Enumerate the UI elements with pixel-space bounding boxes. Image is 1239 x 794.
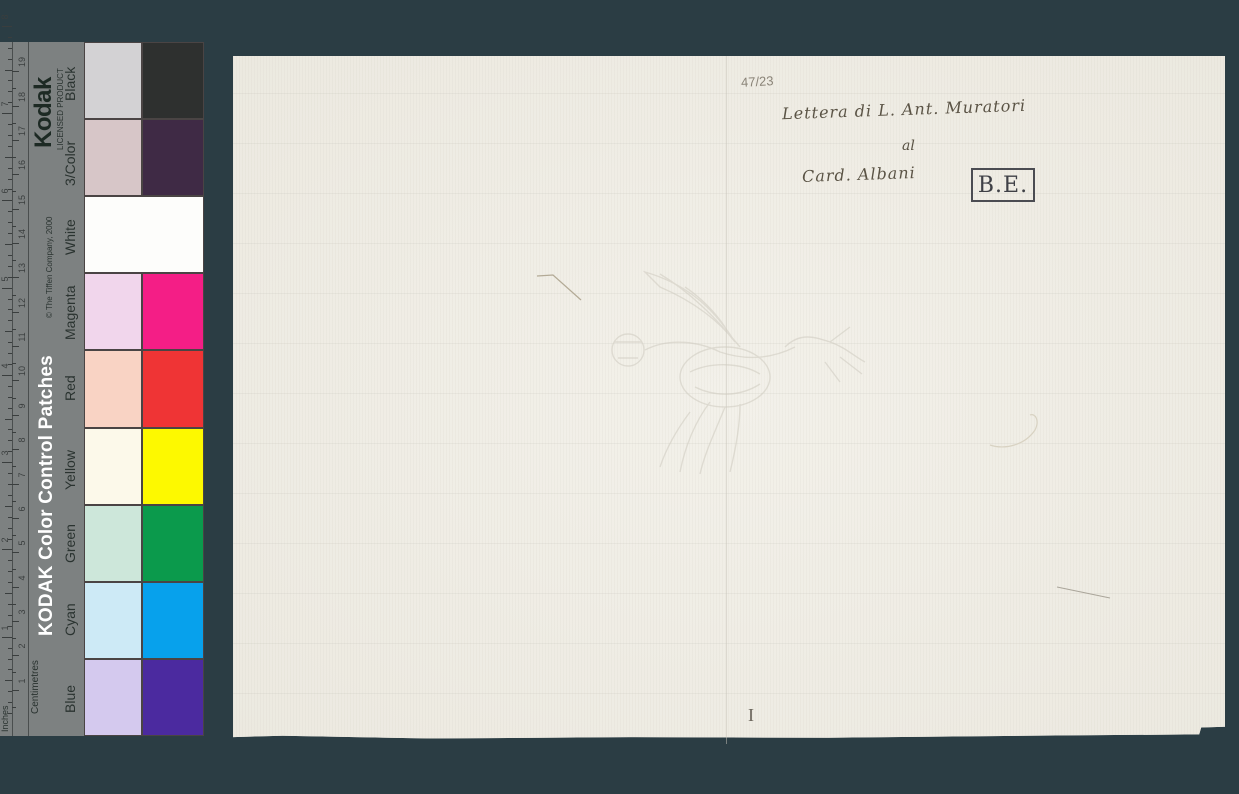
cm-tick-label: 15 (17, 192, 27, 208)
cm-tick-label: 7 (17, 467, 27, 483)
cm-tick-label: 16 (17, 157, 27, 173)
centimetres-label: Centimetres (30, 660, 41, 714)
inches-label: Inches (0, 705, 10, 732)
patch-red-dark (142, 350, 204, 427)
patch-label: White (62, 219, 78, 255)
cm-tick-label: 4 (17, 570, 27, 586)
inch-tick-label: 4 (0, 358, 10, 374)
inch-tick-label: 5 (0, 271, 10, 287)
page-mark: I (748, 705, 754, 726)
cm-tick-label: 12 (17, 295, 27, 311)
patch-magenta-light (84, 273, 142, 350)
cm-tick-label: 6 (17, 501, 27, 517)
patch-blue-dark (142, 659, 204, 736)
patch-label: Red (62, 375, 78, 401)
cm-tick-label: 1 (17, 673, 27, 689)
inch-tick-label: 2 (0, 532, 10, 548)
inch-tick-label: 6 (0, 183, 10, 199)
patch-label: Yellow (62, 450, 78, 490)
patch-yellow-light (84, 428, 142, 505)
patch-black-light (84, 42, 142, 119)
reference-number: 47/23 (741, 73, 774, 90)
patch-yellow-dark (142, 428, 204, 505)
patch-label: Black (62, 66, 78, 100)
cm-tick-label: 11 (17, 329, 27, 345)
cm-tick-label: 17 (17, 123, 27, 139)
be-stamp: B.E. (971, 168, 1035, 202)
patch-label: Magenta (62, 285, 78, 339)
cm-tick-label: 8 (17, 432, 27, 448)
cm-tick-label: 10 (17, 363, 27, 379)
inscription-line-2: al (902, 138, 915, 154)
inch-tick-label: 7 (0, 96, 10, 112)
paper-faint-mark (985, 405, 1045, 450)
cm-tick-label: 14 (17, 226, 27, 242)
color-patches (84, 42, 204, 736)
inch-tick-label: 3 (0, 445, 10, 461)
patch-green-dark (142, 505, 204, 582)
patch-3-color-dark (142, 119, 204, 196)
cm-tick-label: 2 (17, 638, 27, 654)
cm-tick-label: 19 (17, 54, 27, 70)
centimetre-ruler: 12345678910111213141516171819 (12, 42, 29, 736)
inch-tick-label: 8 (0, 9, 10, 25)
kodak-logo: Kodak (30, 77, 58, 148)
cm-tick-label: 18 (17, 89, 27, 105)
cm-tick-label: 9 (17, 398, 27, 414)
cm-tick-label: 5 (17, 535, 27, 551)
patch-cyan-light (84, 582, 142, 659)
copyright-text: © The Tiffen Company, 2000 (45, 216, 54, 318)
patch-red-light (84, 350, 142, 427)
patch-label: Green (62, 524, 78, 563)
patch-label: 3/Color (62, 141, 78, 186)
inscription-line-3: Card. Albani (802, 163, 916, 186)
patch-label: Cyan (62, 604, 78, 637)
cm-tick-label: 3 (17, 604, 27, 620)
patch-blue-light (84, 659, 142, 736)
patch-green-light (84, 505, 142, 582)
target-title: KODAK Color Control Patches (36, 355, 58, 636)
paper-scratch-mark (1055, 585, 1115, 601)
patch-white (84, 196, 204, 273)
patch-cyan-dark (142, 582, 204, 659)
paper-scratch-mark (535, 272, 585, 304)
cm-tick-label: 13 (17, 260, 27, 276)
patch-label: Blue (62, 685, 78, 713)
watermark-eagle-icon (600, 262, 880, 482)
kodak-color-target: 12345678 12345678910111213141516171819 I… (0, 42, 204, 736)
patch-magenta-dark (142, 273, 204, 350)
patch-3-color-light (84, 119, 142, 196)
patch-black-dark (142, 42, 204, 119)
inch-tick-label: 1 (0, 620, 10, 636)
